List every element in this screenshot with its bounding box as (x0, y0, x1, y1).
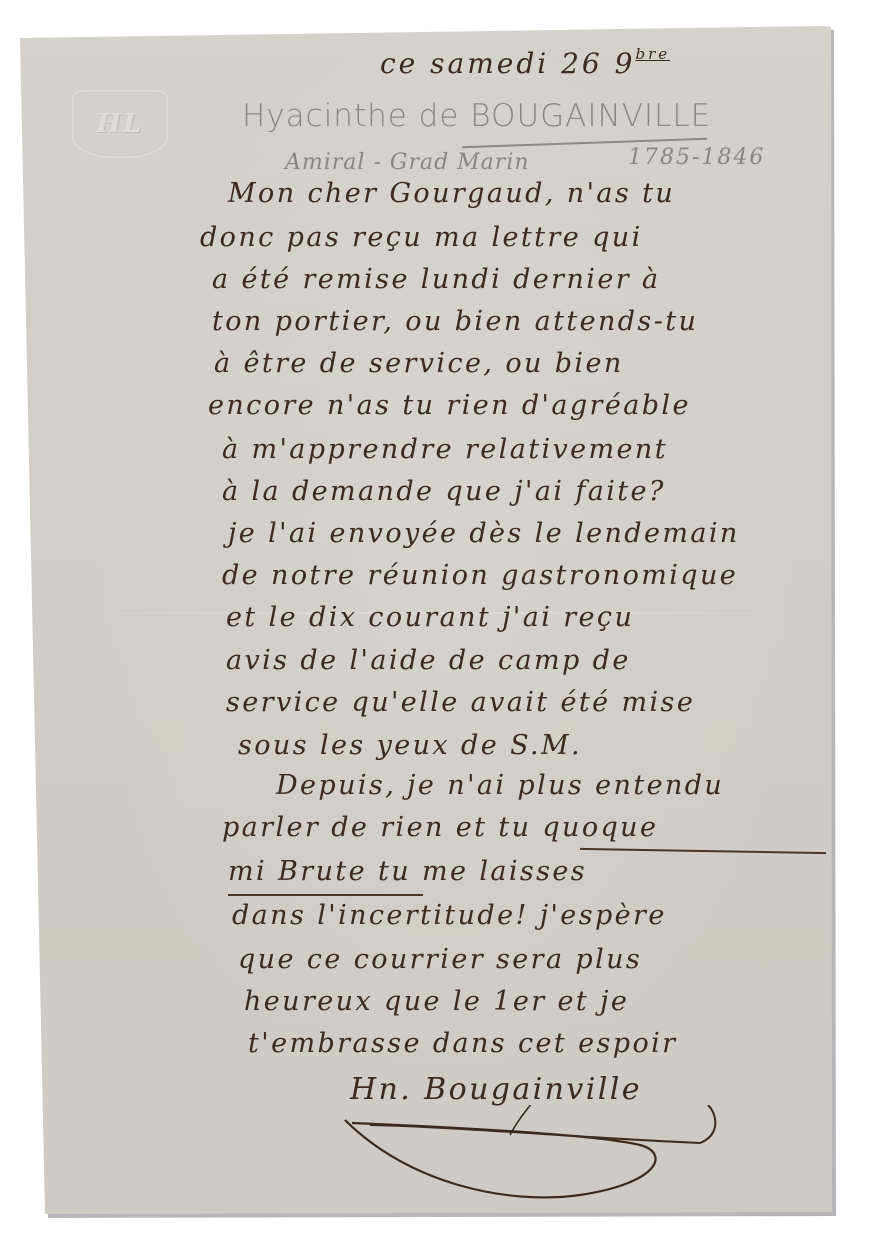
signature: Hn. Bougainville (350, 1072, 642, 1107)
letter-line: à être de service, ou bien (214, 348, 624, 379)
letter-line: ton portier, ou bien attends-tu (212, 306, 698, 337)
letter-line: encore n'as tu rien d'agréable (208, 390, 691, 421)
letter-line: heureux que le 1er et je (244, 986, 629, 1017)
ink-underline (228, 894, 423, 896)
letter-line: Mon cher Gourgaud, n'as tu (228, 178, 675, 209)
blind-stamp-monogram-icon: HL (72, 90, 168, 158)
letter-line: a été remise lundi dernier à (212, 264, 660, 295)
letter-line: parler de rien et tu quoque (222, 812, 658, 843)
pencil-annotation-title: Amiral - Grad Marin (285, 150, 530, 175)
letter-line: donc pas reçu ma lettre qui (200, 222, 643, 253)
dateline-text: ce samedi 26 9 (380, 47, 635, 80)
pencil-annotation-dates: 1785-1846 (628, 145, 765, 170)
letter-line: je l'ai envoyée dès le lendemain (228, 518, 740, 549)
letter-dateline: ce samedi 26 9bre (380, 45, 670, 80)
letter-line: dans l'incertitude! j'espère (232, 900, 667, 931)
monogram-text: HL (97, 109, 144, 139)
letter-line: service qu'elle avait été mise (226, 687, 695, 718)
letter-line: et le dix courant j'ai reçu (226, 602, 634, 633)
letter-line: à la demande que j'ai faite? (222, 476, 666, 507)
letter-line: sous les yeux de S.M. (238, 730, 582, 761)
dateline-superscript: bre (635, 45, 670, 63)
letter-line: mi Brute tu me laisses (228, 856, 587, 887)
letter-line: que ce courrier sera plus (238, 944, 642, 975)
pencil-annotation-name: Hyacinthe de BOUGAINVILLE (242, 98, 711, 134)
letter-line: à m'apprendre relativement (222, 434, 668, 465)
letter-line: de notre réunion gastronomique (222, 560, 738, 591)
signature-flourish-icon (340, 1105, 740, 1205)
letter-line: t'embrasse dans cet espoir (248, 1028, 677, 1059)
letter-line: Depuis, je n'ai plus entendu (276, 770, 724, 801)
letter-line: avis de l'aide de camp de (226, 645, 631, 676)
